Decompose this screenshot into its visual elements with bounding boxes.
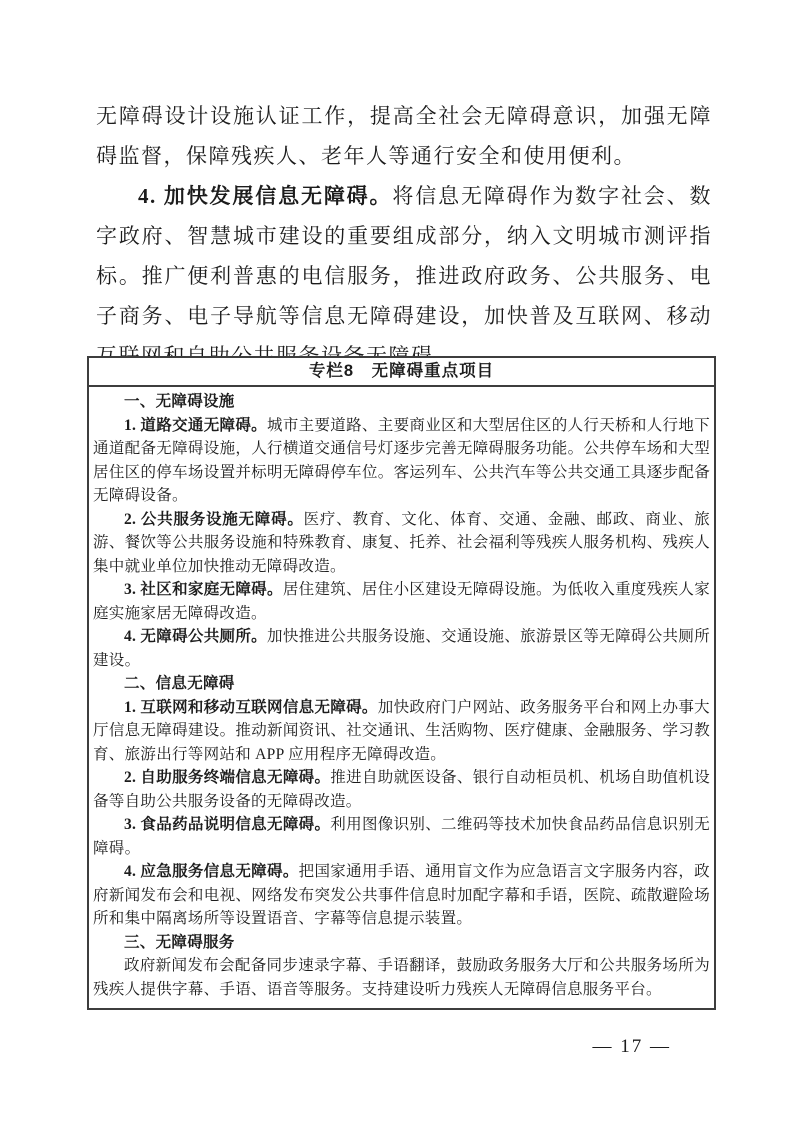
item-bold-lead: 4. 应急服务信息无障碍。 bbox=[124, 863, 299, 880]
box-item: 1. 道路交通无障碍。城市主要道路、主要商业区和大型居住区的人行天桥和人行地下通… bbox=[93, 414, 710, 508]
item-text: 政府新闻发布会配备同步速录字幕、手语翻译，鼓励政务服务大厅和公共服务场所为残疾人… bbox=[93, 957, 710, 998]
item-bold-lead: 2. 自助服务终端信息无障碍。 bbox=[124, 769, 330, 786]
item-bold-lead: 2. 公共服务设施无障碍。 bbox=[124, 511, 304, 528]
box-body: 一、无障碍设施 1. 道路交通无障碍。城市主要道路、主要商业区和大型居住区的人行… bbox=[89, 387, 714, 1008]
box-item: 4. 应急服务信息无障碍。把国家通用手语、通用盲文作为应急语言文字服务内容，政府… bbox=[93, 860, 710, 931]
paragraph-item-4: 4. 加快发展信息无障碍。将信息无障碍作为数字社会、数字政府、智慧城市建设的重要… bbox=[96, 176, 712, 376]
box-title: 专栏8 无障碍重点项目 bbox=[89, 358, 714, 387]
column-8-box: 专栏8 无障碍重点项目 一、无障碍设施 1. 道路交通无障碍。城市主要道路、主要… bbox=[87, 356, 716, 1010]
page-number: — 17 — bbox=[593, 1036, 672, 1058]
item-bold-lead: 3. 食品药品说明信息无障碍。 bbox=[124, 816, 330, 833]
box-item: 3. 食品药品说明信息无障碍。利用图像识别、二维码等技术加快食品药品信息识别无障… bbox=[93, 813, 710, 860]
paragraph-body: 将信息无障碍作为数字社会、数字政府、智慧城市建设的重要组成部分，纳入文明城市测评… bbox=[96, 184, 712, 368]
box-item: 2. 自助服务终端信息无障碍。推进自助就医设备、银行自动柜员机、机场自助值机设备… bbox=[93, 766, 710, 813]
box-item: 4. 无障碍公共厕所。加快推进公共服务设施、交通设施、旅游景区等无障碍公共厕所建… bbox=[93, 625, 710, 672]
document-page: 无障碍设计设施认证工作，提高全社会无障碍意识，加强无障碍监督，保障残疾人、老年人… bbox=[0, 0, 793, 1122]
item-bold-lead: 1. 道路交通无障碍。 bbox=[124, 417, 267, 434]
paragraph-bold-lead: 4. 加快发展信息无障碍。 bbox=[138, 184, 392, 208]
box-item: 政府新闻发布会配备同步速录字幕、手语翻译，鼓励政务服务大厅和公共服务场所为残疾人… bbox=[93, 954, 710, 1001]
body-text: 无障碍设计设施认证工作，提高全社会无障碍意识，加强无障碍监督，保障残疾人、老年人… bbox=[96, 96, 712, 376]
item-bold-lead: 1. 互联网和移动互联网信息无障碍。 bbox=[124, 699, 378, 716]
paragraph-continuation: 无障碍设计设施认证工作，提高全社会无障碍意识，加强无障碍监督，保障残疾人、老年人… bbox=[96, 96, 712, 176]
box-item: 3. 社区和家庭无障碍。居住建筑、居住小区建设无障碍设施。为低收入重度残疾人家庭… bbox=[93, 578, 710, 625]
item-bold-lead: 3. 社区和家庭无障碍。 bbox=[124, 581, 283, 598]
section-heading-1: 一、无障碍设施 bbox=[93, 390, 710, 414]
item-bold-lead: 4. 无障碍公共厕所。 bbox=[124, 628, 267, 645]
box-item: 1. 互联网和移动互联网信息无障碍。加快政府门户网站、政务服务平台和网上办事大厅… bbox=[93, 696, 710, 767]
section-heading-2: 二、信息无障碍 bbox=[93, 672, 710, 696]
box-item: 2. 公共服务设施无障碍。医疗、教育、文化、体育、交通、金融、邮政、商业、旅游、… bbox=[93, 508, 710, 579]
section-heading-3: 三、无障碍服务 bbox=[93, 931, 710, 955]
